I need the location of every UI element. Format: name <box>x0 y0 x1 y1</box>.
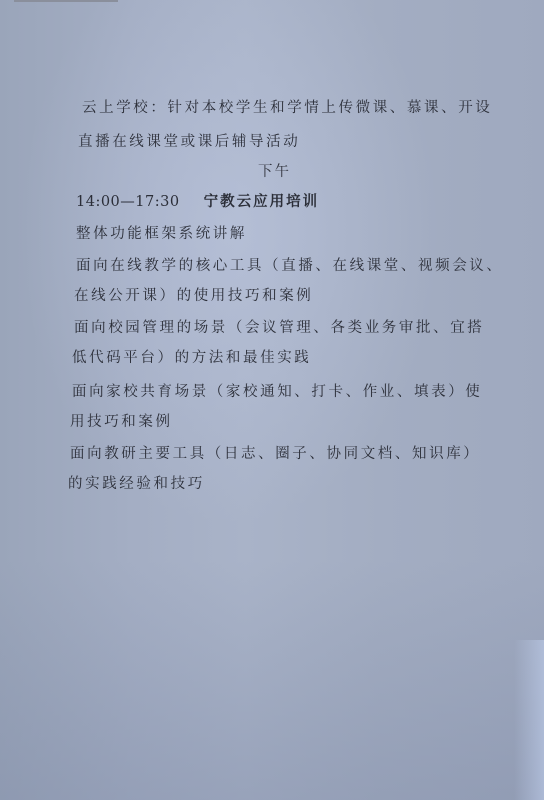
paper-highlight <box>514 640 544 800</box>
session-header: 14:00—17:30宁教云应用培训 <box>76 190 319 211</box>
item-2-line-2: 在线公开课）的使用技巧和案例 <box>74 284 313 305</box>
item-2-line-1: 面向在线教学的核心工具（直播、在线课堂、视频会议、 <box>76 254 504 275</box>
intro-line-1: 云上学校：针对本校学生和学情上传微课、慕课、开设 <box>82 96 492 117</box>
item-1-line-1: 整体功能框架系统讲解 <box>76 222 247 243</box>
item-4-line-1: 面向家校共育场景（家校通知、打卡、作业、填表）使 <box>72 380 482 401</box>
session-title: 宁教云应用培训 <box>204 193 320 210</box>
item-5-line-2: 的实践经验和技巧 <box>68 472 205 493</box>
item-4-line-2: 用技巧和案例 <box>70 410 173 431</box>
session-time: 14:00—17:30 <box>76 194 180 210</box>
item-3-line-1: 面向校园管理的场景（会议管理、各类业务审批、宜搭 <box>74 316 484 337</box>
section-heading-afternoon: 下午 <box>258 160 291 181</box>
intro-line-2: 直播在线课堂或课后辅导活动 <box>78 130 300 151</box>
item-3-line-2: 低代码平台）的方法和最佳实践 <box>72 346 311 367</box>
paper-edge-line <box>14 0 118 2</box>
paper-shadow <box>0 560 544 800</box>
item-5-line-1: 面向教研主要工具（日志、圈子、协同文档、知识库） <box>70 442 480 463</box>
